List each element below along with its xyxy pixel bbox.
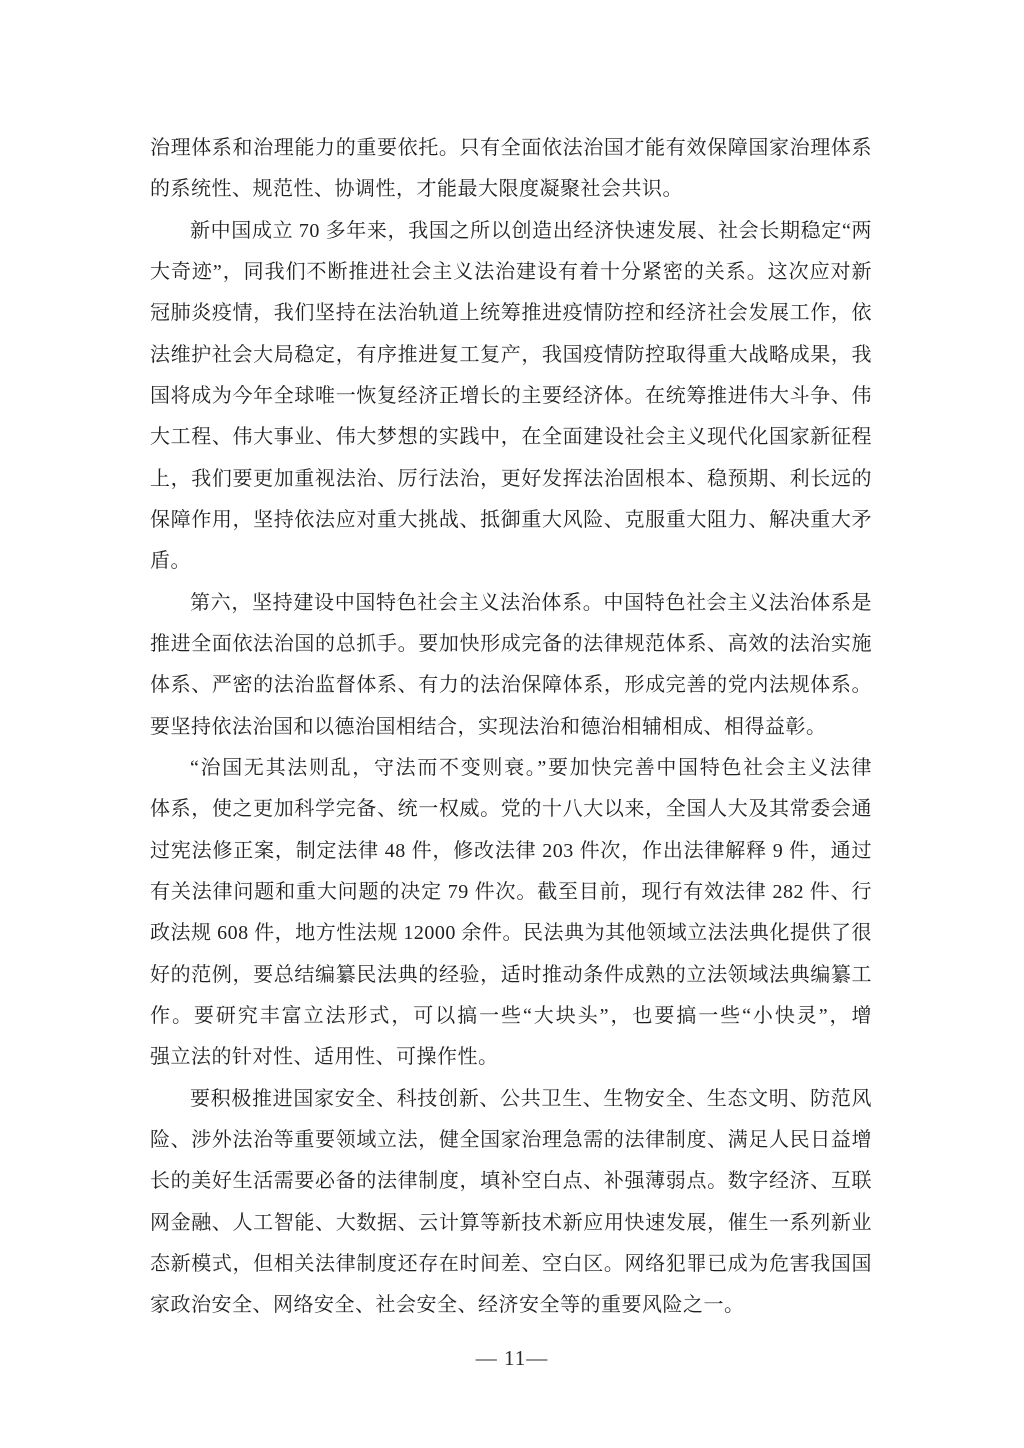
- text-line: 要坚持依法治国和以德治国相结合，实现法治和德治相辅相成、相得益彰。: [150, 707, 872, 748]
- text-line: 体系、严密的法治监督体系、有力的法治保障体系，形成完善的党内法规体系。: [150, 665, 872, 706]
- text-line: 国将成为今年全球唯一恢复经济正增长的主要经济体。在统筹推进伟大斗争、伟: [150, 376, 872, 417]
- text-line: 第六，坚持建设中国特色社会主义法治体系。中国特色社会主义法治体系是: [150, 583, 872, 624]
- document-page: 治理体系和治理能力的重要依托。只有全面依法治国才能有效保障国家治理体系的系统性、…: [0, 0, 1024, 1448]
- text-line: 推进全面依法治国的总抓手。要加快形成完备的法律规范体系、高效的法治实施: [150, 624, 872, 665]
- text-line: 保障作用，坚持依法应对重大挑战、抵御重大风险、克服重大阻力、解决重大矛: [150, 500, 872, 541]
- text-line: 盾。: [150, 541, 872, 582]
- text-line: 强立法的针对性、适用性、可操作性。: [150, 1037, 872, 1078]
- text-line: 过宪法修正案，制定法律 48 件，修改法律 203 件次，作出法律解释 9 件，…: [150, 831, 872, 872]
- text-line: 作。要研究丰富立法形式，可以搞一些“大块头”，也要搞一些“小快灵”，增: [150, 996, 872, 1037]
- text-line: 家政治安全、网络安全、社会安全、经济安全等的重要风险之一。: [150, 1285, 872, 1326]
- text-line: 有关法律问题和重大问题的决定 79 件次。截至目前，现行有效法律 282 件、行: [150, 872, 872, 913]
- page-number: — 11—: [0, 1344, 1024, 1372]
- text-line: 体系，使之更加科学完备、统一权威。党的十八大以来，全国人大及其常委会通: [150, 789, 872, 830]
- text-line: 政法规 608 件，地方性法规 12000 余件。民法典为其他领域立法法典化提供…: [150, 913, 872, 954]
- text-line: 态新模式，但相关法律制度还存在时间差、空白区。网络犯罪已成为危害我国国: [150, 1244, 872, 1285]
- text-line: 大工程、伟大事业、伟大梦想的实践中，在全面建设社会主义现代化国家新征程: [150, 417, 872, 458]
- text-line: 的系统性、规范性、协调性，才能最大限度凝聚社会共识。: [150, 169, 872, 210]
- text-line: 险、涉外法治等重要领域立法，健全国家治理急需的法律制度、满足人民日益增: [150, 1120, 872, 1161]
- text-line: 治理体系和治理能力的重要依托。只有全面依法治国才能有效保障国家治理体系: [150, 128, 872, 169]
- text-line: 长的美好生活需要必备的法律制度，填补空白点、补强薄弱点。数字经济、互联: [150, 1161, 872, 1202]
- text-line: 上，我们要更加重视法治、厉行法治，更好发挥法治固根本、稳预期、利长远的: [150, 459, 872, 500]
- text-line: 大奇迹”，同我们不断推进社会主义法治建设有着十分紧密的关系。这次应对新: [150, 252, 872, 293]
- document-text-block: 治理体系和治理能力的重要依托。只有全面依法治国才能有效保障国家治理体系的系统性、…: [150, 128, 872, 1327]
- text-line: 法维护社会大局稳定，有序推进复工复产，我国疫情防控取得重大战略成果，我: [150, 335, 872, 376]
- text-line: 要积极推进国家安全、科技创新、公共卫生、生物安全、生态文明、防范风: [150, 1079, 872, 1120]
- text-line: 网金融、人工智能、大数据、云计算等新技术新应用快速发展，催生一系列新业: [150, 1203, 872, 1244]
- text-line: 好的范例，要总结编纂民法典的经验，适时推动条件成熟的立法领域法典编纂工: [150, 955, 872, 996]
- text-line: 新中国成立 70 多年来，我国之所以创造出经济快速发展、社会长期稳定“两: [150, 211, 872, 252]
- text-line: 冠肺炎疫情，我们坚持在法治轨道上统筹推进疫情防控和经济社会发展工作，依: [150, 293, 872, 334]
- text-line: “治国无其法则乱，守法而不变则衰。”要加快完善中国特色社会主义法律: [150, 748, 872, 789]
